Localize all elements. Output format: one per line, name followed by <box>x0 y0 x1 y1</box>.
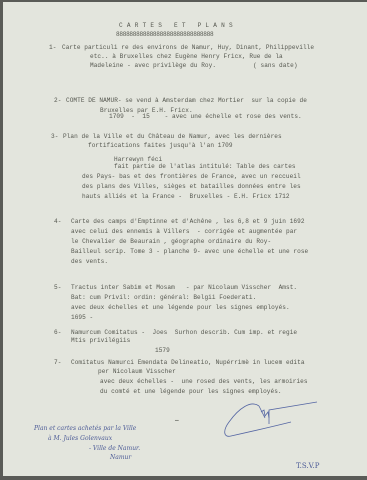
entry-4-line-4: Bailleul scrip. Tome 3 - planche 9- avec… <box>71 248 308 255</box>
entry-3-line-4: fait partie de l'atlas intitulé: Table d… <box>114 163 296 170</box>
handwritten-note-line-2: à M. Jules Golenvaux <box>48 435 112 443</box>
entry-3-line-1: Plan de la Ville et du Château de Namur,… <box>63 133 282 140</box>
entry-7-line-1: Comitatus Namurci Emendata Delineatio, N… <box>71 359 305 366</box>
separator-dash: — <box>175 417 179 424</box>
entry-6-line-2: Mtis privilégiis <box>71 337 130 344</box>
entry-7-line-2: per Nicolaum Visscher <box>98 368 176 375</box>
entry-4-line-5: des vents. <box>71 258 108 265</box>
entry-7-line-4: du comté et une légende pour les signes … <box>100 388 282 395</box>
entry-1-number: 1- <box>49 44 56 51</box>
entry-6-line-3: 1579 <box>155 347 170 354</box>
entry-5-number: 5- <box>54 284 61 291</box>
entry-5-line-3: avec deux échelles et une légende pour l… <box>71 304 290 311</box>
entry-2-line-3: 1709 - 15 - avec une échelle et rose des… <box>109 113 302 120</box>
entry-3-number: 3- <box>51 133 58 140</box>
handwritten-note-line-1: Plan et cartes achetés par la Ville <box>34 425 136 433</box>
entry-1-line-3: Madeleine - avec privilège du Roy. ( san… <box>90 62 298 69</box>
entry-4-line-1: Carte des camps d'Emptinne et d'Achêne ,… <box>71 218 305 225</box>
entry-2-number: 2- <box>54 97 61 104</box>
entry-6-line-1: Namurcum Comitatus - Joes Surhon describ… <box>71 329 297 336</box>
entry-3-line-3: Harrewyn féci <box>114 156 162 163</box>
entry-1-line-1: Carte particuli re des environs de Namur… <box>62 44 314 51</box>
entry-7-line-3: avec deux échelles - une rosed des vents… <box>100 378 308 385</box>
entry-2-line-1: COMTE DE NAMUR- se vend à Amsterdam chez… <box>66 97 307 104</box>
handwritten-note-line-3: - Ville de Namur. <box>89 445 140 453</box>
entry-6-number: 6- <box>54 329 61 336</box>
entry-4-number: 4- <box>54 218 61 225</box>
entry-3-line-2: fortifications faites jusqu'à l'an 1709 <box>88 142 233 149</box>
entry-4-line-3: le Chevalier de Beaurain , géographe ord… <box>71 238 271 245</box>
entry-5-line-2: Bat: cum Privil: ordin: général: Belgii … <box>71 294 256 301</box>
entry-3-line-6: des plans des Villes, sièges et bataille… <box>82 183 301 190</box>
document-page: CARTES ET PLANS 888888888888888888888888… <box>3 2 367 476</box>
tsvp-note: T.S.V.P <box>296 462 319 470</box>
entry-3-line-5: des Pays- bas et des frontières de Franc… <box>82 173 301 180</box>
document-title: CARTES ET PLANS <box>119 22 237 29</box>
entry-5-line-4: 1695 - <box>71 314 93 321</box>
entry-5-line-1: Tractus inter Sabim et Mosam - par Nicol… <box>71 284 297 291</box>
entry-7-number: 7- <box>54 359 61 366</box>
entry-1-line-2: etc.. à Bruxelles chez Eugène Henry Fric… <box>90 53 283 60</box>
entry-3-line-7: hauts alliés et la France - Bruxelles - … <box>82 193 290 200</box>
handwritten-note-line-4: Namur <box>110 454 131 462</box>
signature-mark <box>221 400 321 442</box>
title-underline: 88888888888888888888888888888 <box>116 31 213 38</box>
entry-4-line-2: avec celui des ennemis à Villers - corri… <box>71 228 297 235</box>
